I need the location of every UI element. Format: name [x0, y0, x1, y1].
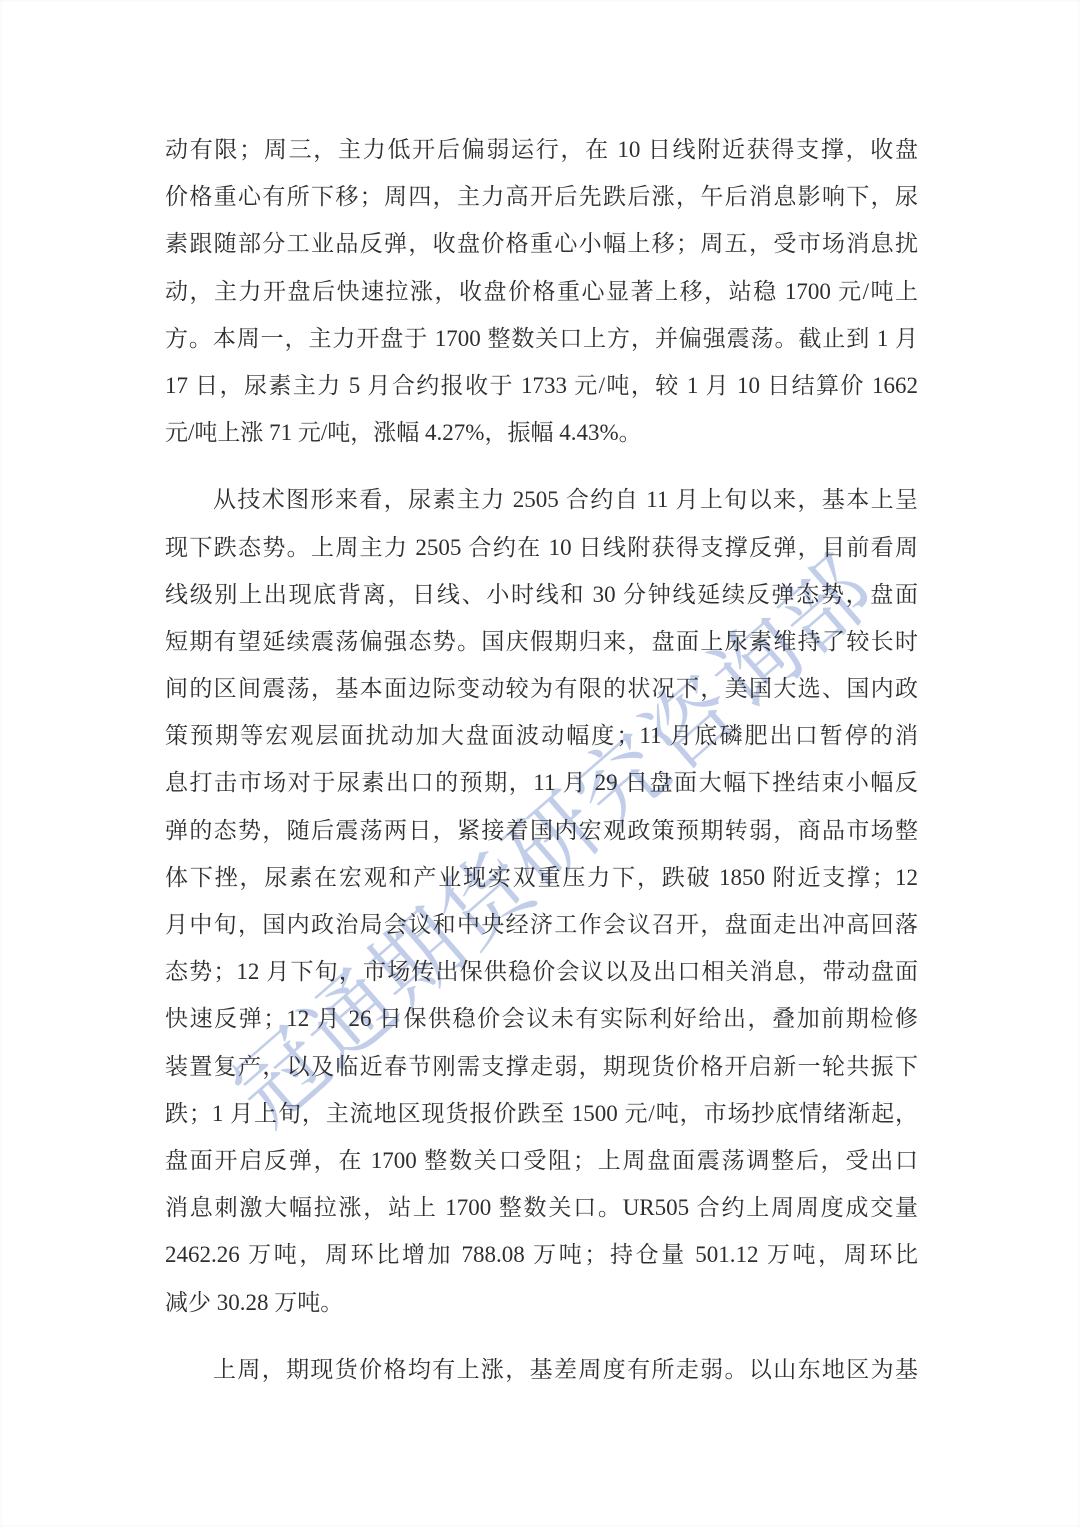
text-line: 从技术图形来看，尿素主力 2505 合约自 11 月上旬以来，基本上呈 [165, 476, 918, 523]
paragraph-weekly-review: 动有限；周三，主力低开后偏弱运行，在 10 日线附近获得支撑，收盘 价格重心有所… [165, 126, 918, 456]
document-body: 动有限；周三，主力低开后偏弱运行，在 10 日线附近获得支撑，收盘 价格重心有所… [165, 126, 918, 1393]
text-line: 盘面开启反弹，在 1700 整数关口受阻；上周盘面震荡调整后，受出口 [165, 1137, 918, 1184]
text-line: 减少 30.28 万吨。 [165, 1279, 918, 1326]
text-line: 装置复产，以及临近春节刚需支撑走弱，期现货价格开启新一轮共振下 [165, 1043, 918, 1090]
text-line: 素跟随部分工业品反弹，收盘价格重心小幅上移；周五，受市场消息扰 [165, 220, 918, 267]
text-line: 现下跌态势。上周主力 2505 合约在 10 日线附获得支撑反弹，目前看周 [165, 524, 918, 571]
text-line: 态势；12 月下旬，市场传出保供稳价会议以及出口相关消息，带动盘面 [165, 948, 918, 995]
paragraph-basis-spot: 上周，期现货价格均有上涨，基差周度有所走弱。以山东地区为基 [165, 1346, 918, 1393]
paragraph-technical-analysis: 从技术图形来看，尿素主力 2505 合约自 11 月上旬以来，基本上呈 现下跌态… [165, 476, 918, 1325]
text-line: 息打击市场对于尿素出口的预期，11 月 29 日盘面大幅下挫结束小幅反 [165, 759, 918, 806]
text-line: 间的区间震荡，基本面边际变动较为有限的状况下，美国大选、国内政 [165, 665, 918, 712]
text-line: 动有限；周三，主力低开后偏弱运行，在 10 日线附近获得支撑，收盘 [165, 126, 918, 173]
text-line: 价格重心有所下移；周四，主力高开后先跌后涨，午后消息影响下，尿 [165, 173, 918, 220]
text-line: 短期有望延续震荡偏强态势。国庆假期归来，盘面上尿素维持了较长时 [165, 618, 918, 665]
text-line: 跌；1 月上旬，主流地区现货报价跌至 1500 元/吨，市场抄底情绪渐起， [165, 1090, 918, 1137]
text-line: 上周，期现货价格均有上涨，基差周度有所走弱。以山东地区为基 [165, 1346, 918, 1393]
text-line: 2462.26 万吨，周环比增加 788.08 万吨；持仓量 501.12 万吨… [165, 1231, 918, 1278]
text-line: 策预期等宏观层面扰动加大盘面波动幅度；11 月底磷肥出口暂停的消 [165, 712, 918, 759]
text-line: 消息刺激大幅拉涨，站上 1700 整数关口。UR505 合约上周周度成交量 [165, 1184, 918, 1231]
text-line: 动，主力开盘后快速拉涨，收盘价格重心显著上移，站稳 1700 元/吨上 [165, 268, 918, 315]
document-page: 冠通期货研究咨询部 动有限；周三，主力低开后偏弱运行，在 10 日线附近获得支撑… [0, 0, 1080, 1527]
text-line: 体下挫，尿素在宏观和产业现实双重压力下，跌破 1850 附近支撑；12 [165, 854, 918, 901]
text-line: 月中旬，国内政治局会议和中央经济工作会议召开，盘面走出冲高回落 [165, 901, 918, 948]
text-line: 弹的态势，随后震荡两日，紧接着国内宏观政策预期转弱，商品市场整 [165, 807, 918, 854]
text-line: 快速反弹；12 月 26 日保供稳价会议未有实际利好给出，叠加前期检修 [165, 995, 918, 1042]
text-line: 线级别上出现底背离，日线、小时线和 30 分钟线延续反弹态势，盘面 [165, 571, 918, 618]
text-line: 方。本周一，主力开盘于 1700 整数关口上方，并偏强震荡。截止到 1 月 [165, 315, 918, 362]
text-line: 17 日，尿素主力 5 月合约报收于 1733 元/吨，较 1 月 10 日结算… [165, 362, 918, 409]
text-line: 元/吨上涨 71 元/吨，涨幅 4.27%，振幅 4.43%。 [165, 409, 918, 456]
